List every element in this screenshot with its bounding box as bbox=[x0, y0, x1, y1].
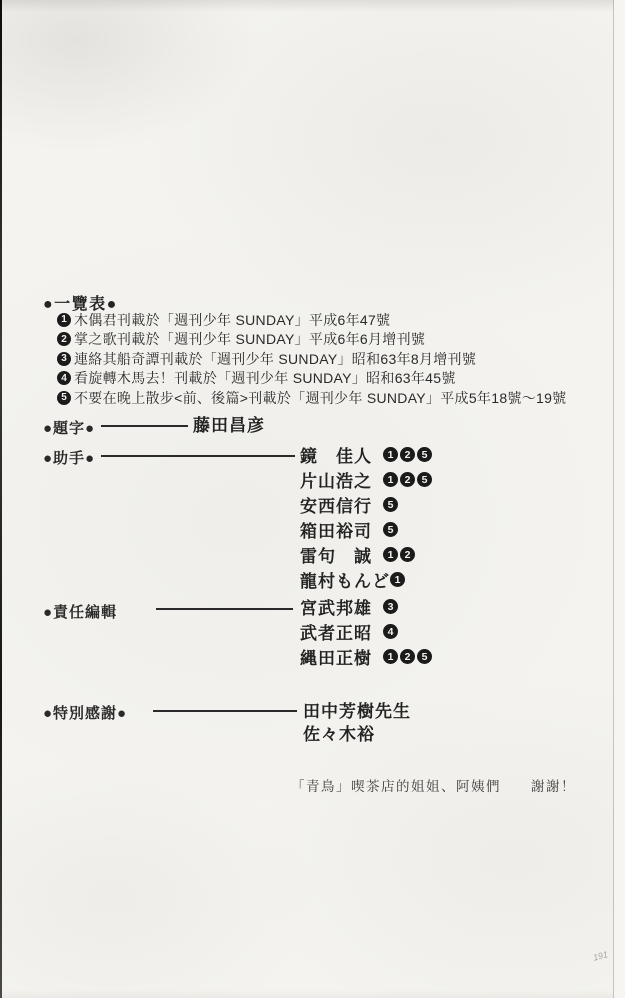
credit-entry: 武者正昭4 bbox=[300, 619, 434, 644]
credit-entry-name: 鏡 佳人 bbox=[300, 442, 383, 467]
chapter-number-badge: 5 bbox=[383, 497, 398, 512]
credit-entry: 藤田昌彦 bbox=[193, 412, 265, 434]
chapter-number-badge: 1 bbox=[390, 572, 405, 587]
credit-entry-name: 箱田裕司 bbox=[300, 517, 383, 542]
serialization-list-item: 5不要在晚上散步<前、後篇>刊載於「週刊少年 SUNDAY」平成5年18號～19… bbox=[57, 388, 597, 408]
item-number-badge: 5 bbox=[57, 391, 71, 405]
credit-entry-name: 安西信行 bbox=[300, 492, 383, 517]
credit-entry-name: 龍村もんど bbox=[300, 567, 390, 592]
chapter-number-badge: 5 bbox=[417, 649, 432, 664]
chapter-number-badge: 1 bbox=[383, 447, 398, 462]
section-label: ●責任編輯 bbox=[43, 601, 117, 622]
entry-chapter-badges: 125 bbox=[383, 649, 434, 664]
section-rule-line bbox=[153, 710, 297, 712]
entry-chapter-badges: 12 bbox=[383, 547, 417, 562]
credit-entry-name: 藤田昌彦 bbox=[193, 411, 265, 436]
scanned-credits-page: ●一覽表● 1木偶君刊載於「週刊少年 SUNDAY」平成6年47號2掌之歌刊載於… bbox=[0, 0, 625, 998]
serialization-list-item: 1木偶君刊載於「週刊少年 SUNDAY」平成6年47號 bbox=[57, 310, 597, 330]
serialization-item-text: 連絡其船奇譚刊載於「週刊少年 SUNDAY」昭和63年8月增刊號 bbox=[74, 349, 476, 369]
section-entries: 鏡 佳人125片山浩之125安西信行5箱田裕司5雷句 誠12龍村もんど1 bbox=[300, 442, 434, 592]
chapter-number-badge: 5 bbox=[417, 472, 432, 487]
page-right-edge bbox=[613, 0, 614, 998]
chapter-number-badge: 5 bbox=[383, 522, 398, 537]
serialization-list: 1木偶君刊載於「週刊少年 SUNDAY」平成6年47號2掌之歌刊載於「週刊少年 … bbox=[57, 310, 597, 408]
section-label: ●特別感謝● bbox=[43, 702, 127, 723]
entry-chapter-badges: 125 bbox=[383, 472, 434, 487]
entry-chapter-badges: 4 bbox=[383, 624, 400, 639]
section-rule-line bbox=[101, 455, 295, 457]
item-number-badge: 2 bbox=[57, 332, 71, 346]
credit-entry: 田中芳樹先生 bbox=[303, 698, 411, 721]
serialization-item-text: 不要在晚上散步<前、後篇>刊載於「週刊少年 SUNDAY」平成5年18號～19號 bbox=[74, 388, 566, 408]
credit-entry: 鏡 佳人125 bbox=[300, 442, 434, 467]
section-entries: 田中芳樹先生佐々木裕 bbox=[303, 698, 411, 744]
credit-entry-name: 雷句 誠 bbox=[300, 542, 383, 567]
serialization-list-item: 2掌之歌刊載於「週刊少年 SUNDAY」平成6年6月增刊號 bbox=[57, 330, 597, 350]
credit-entry: 龍村もんど1 bbox=[300, 567, 434, 592]
serialization-list-item: 3連絡其船奇譚刊載於「週刊少年 SUNDAY」昭和63年8月增刊號 bbox=[57, 349, 597, 369]
credit-entry-name: 宮武邦雄 bbox=[300, 594, 383, 619]
serialization-item-text: 掌之歌刊載於「週刊少年 SUNDAY」平成6年6月增刊號 bbox=[74, 329, 425, 349]
chapter-number-badge: 1 bbox=[383, 472, 398, 487]
serialization-item-text: 木偶君刊載於「週刊少年 SUNDAY」平成6年47號 bbox=[74, 310, 390, 330]
entry-chapter-badges: 125 bbox=[383, 447, 434, 462]
section-entries: 藤田昌彦 bbox=[193, 412, 265, 434]
credit-entry: 雷句 誠12 bbox=[300, 542, 434, 567]
credit-entry: 宮武邦雄3 bbox=[300, 594, 434, 619]
section-rule-line bbox=[156, 608, 293, 610]
page-number: 191 bbox=[592, 949, 609, 962]
section-entries: 宮武邦雄3武者正昭4縄田正樹125 bbox=[300, 594, 434, 669]
chapter-number-badge: 3 bbox=[383, 599, 398, 614]
credit-entry: 縄田正樹125 bbox=[300, 644, 434, 669]
item-number-badge: 3 bbox=[57, 352, 71, 366]
serialization-item-text: 看旋轉木馬去！刊載於「週刊少年 SUNDAY」昭和63年45號 bbox=[74, 368, 456, 388]
credit-entry-name: 片山浩之 bbox=[300, 467, 383, 492]
page-left-edge bbox=[0, 0, 2, 998]
chapter-number-badge: 2 bbox=[400, 649, 415, 664]
closing-note: 「青鳥」喫茶店的姐姐、阿姨們 謝謝！ bbox=[291, 775, 576, 795]
section-label: ●題字● bbox=[43, 417, 95, 438]
chapter-number-badge: 2 bbox=[400, 447, 415, 462]
chapter-number-badge: 2 bbox=[400, 547, 415, 562]
credit-entry: 安西信行5 bbox=[300, 492, 434, 517]
credit-entry-name: 縄田正樹 bbox=[300, 644, 383, 669]
entry-chapter-badges: 5 bbox=[383, 522, 400, 537]
chapter-number-badge: 4 bbox=[383, 624, 398, 639]
entry-chapter-badges: 1 bbox=[390, 572, 407, 587]
section-rule-line bbox=[101, 425, 188, 427]
section-label: ●助手● bbox=[43, 447, 95, 468]
entry-chapter-badges: 3 bbox=[383, 599, 400, 614]
chapter-number-badge: 1 bbox=[383, 547, 398, 562]
credit-entry-name: 田中芳樹先生 bbox=[303, 697, 411, 722]
credit-entry-name: 武者正昭 bbox=[300, 619, 383, 644]
entry-chapter-badges: 5 bbox=[383, 497, 400, 512]
credit-entry: 片山浩之125 bbox=[300, 467, 434, 492]
credit-entry-name: 佐々木裕 bbox=[303, 720, 375, 745]
chapter-number-badge: 2 bbox=[400, 472, 415, 487]
serialization-list-item: 4看旋轉木馬去！刊載於「週刊少年 SUNDAY」昭和63年45號 bbox=[57, 369, 597, 389]
chapter-number-badge: 1 bbox=[383, 649, 398, 664]
chapter-number-badge: 5 bbox=[417, 447, 432, 462]
item-number-badge: 1 bbox=[57, 313, 71, 327]
item-number-badge: 4 bbox=[57, 371, 71, 385]
credit-entry: 箱田裕司5 bbox=[300, 517, 434, 542]
page-right-margin bbox=[614, 0, 625, 998]
credit-entry: 佐々木裕 bbox=[303, 721, 411, 744]
